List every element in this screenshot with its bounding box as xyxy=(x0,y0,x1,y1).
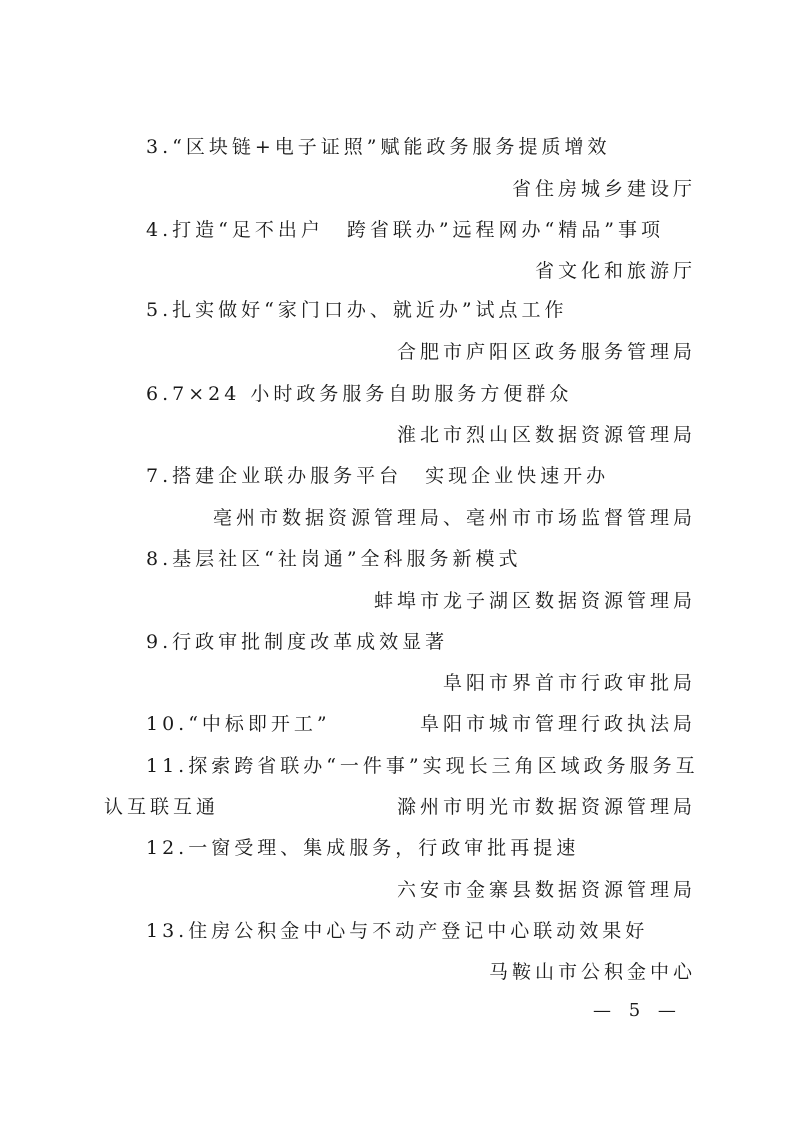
item-9-title: 9.行政审批制度改革成效显著 xyxy=(146,630,448,654)
item-4-org: 省文化和旅游厅 xyxy=(535,259,696,283)
item-4-title: 4.打造“足不出户 跨省联办”远程网办“精品”事项 xyxy=(146,218,664,242)
item-13-org: 马鞍山市公积金中心 xyxy=(489,960,696,984)
item-8-title: 8.基层社区“社岗通”全科服务新模式 xyxy=(146,547,522,571)
item-12-org: 六安市金寨县数据资源管理局 xyxy=(397,878,696,902)
item-12-title: 12.一窗受理、集成服务，行政审批再提速 xyxy=(146,836,579,860)
item-10-org: 阜阳市城市管理行政执法局 xyxy=(420,712,696,736)
item-10-title: 10.“中标即开工” xyxy=(146,712,331,736)
item-7-title: 7.搭建企业联办服务平台 实现企业快速开办 xyxy=(146,464,609,488)
item-8-org: 蚌埠市龙子湖区数据资源管理局 xyxy=(374,589,696,613)
item-7-org: 亳州市数据资源管理局、亳州市市场监督管理局 xyxy=(213,506,696,530)
item-3-org: 省住房城乡建设厅 xyxy=(512,177,696,201)
item-6-title: 6.7×24 小时政务服务自助服务方便群众 xyxy=(146,382,572,406)
item-11-title-continued: 认互联互通 xyxy=(104,795,219,819)
item-9-org: 阜阳市界首市行政审批局 xyxy=(443,671,696,695)
item-11-title: 11.探索跨省联办“一件事”实现长三角区域政务服务互 xyxy=(146,754,699,778)
item-5-title: 5.扎实做好“家门口办、就近办”试点工作 xyxy=(146,298,568,322)
item-3-title: 3.“区块链+电子证照”赋能政务服务提质增效 xyxy=(146,135,610,159)
page-number: — 5 — xyxy=(593,1000,682,1021)
document-page: 3.“区块链+电子证照”赋能政务服务提质增效 省住房城乡建设厅 4.打造“足不出… xyxy=(0,0,793,1121)
item-5-org: 合肥市庐阳区政务服务管理局 xyxy=(397,340,696,364)
item-13-title: 13.住房公积金中心与不动产登记中心联动效果好 xyxy=(146,919,648,943)
item-11-org: 滁州市明光市数据资源管理局 xyxy=(397,795,696,819)
item-6-org: 淮北市烈山区数据资源管理局 xyxy=(397,423,696,447)
